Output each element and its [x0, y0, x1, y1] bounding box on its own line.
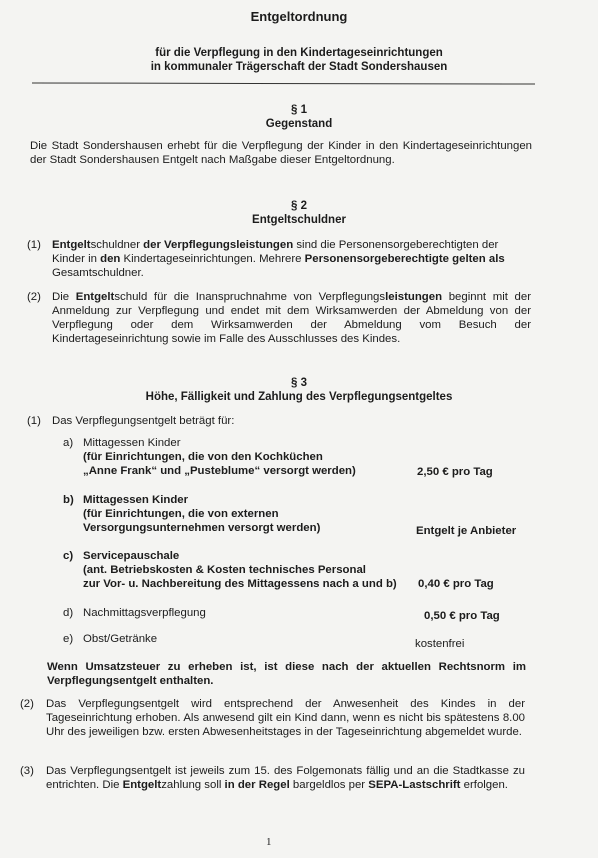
text-bold: SEPA-Lastschrift [368, 779, 460, 791]
section-1-title: Gegenstand [0, 118, 598, 130]
section-2-title: Entgeltschuldner [0, 214, 598, 226]
fee-item-c-price: 0,40 € pro Tag [418, 578, 494, 590]
fee-item-a-title: Mittagessen Kinder [83, 436, 181, 450]
section-3-para-1-number: (1) [27, 414, 41, 428]
fee-item-c-desc-2: zur Vor- u. Nachbereitung des Mittagesse… [83, 577, 397, 591]
fee-item-c-letter: c) [63, 549, 73, 563]
text: schuldner [91, 239, 144, 251]
fee-item-a-desc-2: „Anne Frank“ und „Pusteblume“ versorgt w… [83, 464, 356, 478]
fee-item-e-letter: e) [63, 632, 73, 646]
text: bargeldlos per [290, 779, 369, 791]
section-2-para-1: Entgeltschuldner der Verpflegungsleistun… [52, 238, 531, 280]
header-divider [32, 82, 535, 84]
section-3-para-2: Das Verpflegungsentgelt wird entsprechen… [46, 697, 525, 739]
section-2-para-2: Die Entgeltschuld für die Inanspruchnahm… [52, 290, 531, 346]
section-3-number: § 3 [0, 377, 598, 389]
fee-item-b-desc-1: (für Einrichtungen, die von externen [83, 507, 279, 521]
fee-item-c-desc-1: (ant. Betriebskosten & Kosten technische… [83, 563, 366, 577]
fee-item-b-price: Entgelt je Anbieter [416, 525, 516, 537]
text-bold: Entgelt [76, 291, 115, 303]
document-title: Entgeltordnung [0, 9, 598, 24]
section-3-para-2-number: (2) [20, 697, 34, 711]
section-2-number: § 2 [0, 200, 598, 212]
text: schuld für die Inanspruchnahme von Verpf… [114, 291, 385, 303]
section-3-title: Höhe, Fälligkeit und Zahlung des Verpfle… [0, 391, 598, 403]
section-1-number: § 1 [0, 104, 598, 116]
text-bold: der Verpflegungsleistungen [143, 239, 293, 251]
fee-item-e-price: kostenfrei [415, 637, 464, 651]
vat-note: Wenn Umsatzsteuer zu erheben ist, ist di… [47, 660, 526, 688]
text: Die [52, 291, 76, 303]
text: erfolgen. [460, 779, 508, 791]
section-3-para-1-intro: Das Verpflegungsentgelt beträgt für: [52, 414, 234, 428]
fee-item-b-desc-2: Versorgungsunternehmen versorgt werden) [83, 521, 320, 535]
fee-item-d-price: 0,50 € pro Tag [424, 610, 500, 622]
fee-item-e-title: Obst/Getränke [83, 632, 157, 646]
section-2-para-1-number: (1) [27, 238, 41, 252]
document-subtitle-line2: in kommunaler Trägerschaft der Stadt Son… [0, 60, 598, 74]
section-1-text: Die Stadt Sondershausen erhebt für die V… [30, 139, 532, 167]
text: Kindertageseinrichtungen. Mehrere [120, 253, 304, 265]
document-subtitle-line1: für die Verpflegung in den Kindertagesei… [0, 46, 598, 60]
section-2-para-2-number: (2) [27, 290, 41, 304]
section-3-para-3-number: (3) [20, 764, 34, 778]
fee-item-c-title: Servicepauschale [83, 549, 179, 563]
fee-item-a-letter: a) [63, 436, 73, 450]
document-page: Entgeltordnung für die Verpflegung in de… [0, 0, 598, 858]
text-bold: Entgelt [52, 239, 91, 251]
text-bold: in der Regel [225, 779, 290, 791]
text: Gesamtschuldner. [52, 267, 144, 279]
fee-item-d-letter: d) [63, 606, 73, 620]
text: zahlung soll [161, 779, 224, 791]
fee-item-a-desc-1: (für Einrichtungen, die von den Kochküch… [83, 450, 323, 464]
text-bold: den [100, 253, 120, 265]
fee-item-b-title: Mittagessen Kinder [83, 493, 188, 507]
fee-item-d-title: Nachmittagsverpflegung [83, 606, 206, 620]
page-number: 1 [266, 836, 272, 848]
text-bold: leistungen [385, 291, 442, 303]
fee-item-a-price: 2,50 € pro Tag [417, 466, 493, 478]
section-3-para-3: Das Verpflegungsentgelt ist jeweils zum … [46, 764, 525, 792]
text-bold: Personensorgeberechtigte gelten als [305, 253, 505, 265]
text-bold: Entgelt [123, 779, 162, 791]
fee-item-b-letter: b) [63, 493, 74, 507]
